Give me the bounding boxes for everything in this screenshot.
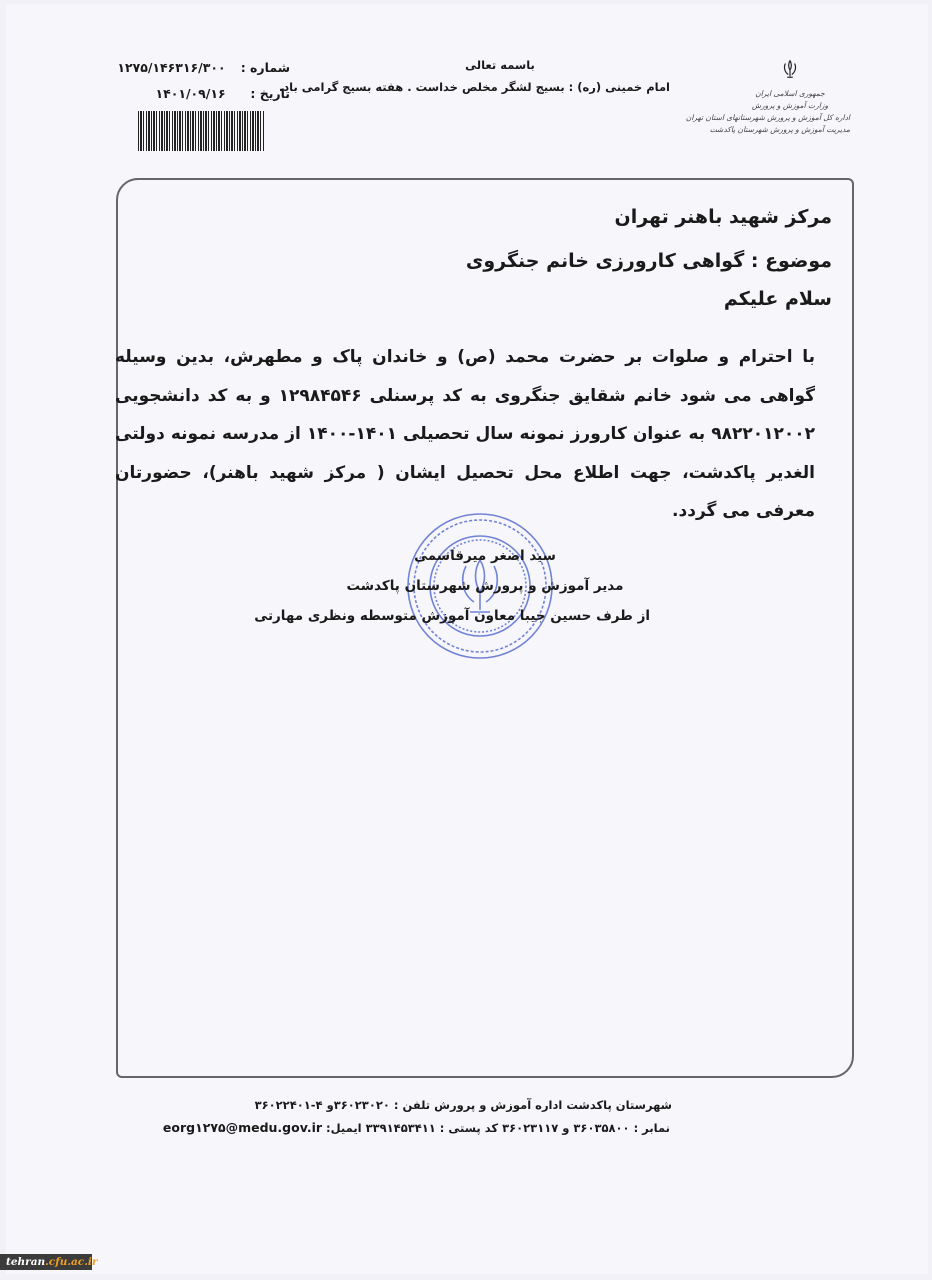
recipient: مرکز شهید باهنر تهران xyxy=(615,206,833,228)
date-label: تاریخ : xyxy=(244,86,290,101)
emblem-line-ministry: وزارت آموزش و پرورش xyxy=(730,100,850,112)
emblem-line-county: مدیریت آموزش و پرورش شهرستان پاکدشت xyxy=(730,124,850,136)
emblem-line-province: اداره کل آموزش و پرورش شهرستانهای استان … xyxy=(730,112,850,124)
ministry-header: جمهوری اسلامی ایران وزارت آموزش و پرورش … xyxy=(730,58,850,136)
letter-body: با احترام و صلوات بر حضرت محمد (ص) و خان… xyxy=(115,338,815,531)
subject: موضوع : گواهی کارورزی خانم جنگروی xyxy=(466,250,832,272)
footer-fax-postal: نمابر : ۳۶۰۳۵۸۰۰ و ۳۶۰۲۳۱۱۷ کد پستی : ۳۳… xyxy=(322,1121,670,1135)
barcode-icon xyxy=(138,111,264,151)
letter-date-row: تاریخ : ۱۴۰۱/۰۹/۱۶ xyxy=(118,86,290,101)
watermark-part2: .cfu.ac.ir xyxy=(45,1256,97,1268)
letter-number-row: شماره : ۱۲۷۵/۱۴۶۳۱۶/۳۰۰ xyxy=(118,60,290,75)
letter-number-label: شماره : xyxy=(244,60,290,75)
slogan: امام خمینی (ره) : بسیج لشگر مخلص خداست .… xyxy=(340,80,670,94)
letter-date: ۱۴۰۱/۰۹/۱۶ xyxy=(155,86,225,101)
signatory-delegate: از طرف حسین جیبا معاون آموزش متوسطه ونظر… xyxy=(290,608,650,624)
footer-fax-postal-email: نمابر : ۳۶۰۳۵۸۰۰ و ۳۶۰۲۳۱۱۷ کد پستی : ۳۳… xyxy=(163,1120,670,1135)
signatory-title: مدیر آموزش و پرورش شهرستان پاکدشت xyxy=(330,578,640,594)
invocation: باسمه تعالی xyxy=(400,58,600,72)
watermark-part1: tehran xyxy=(6,1256,45,1268)
footer-email: eorg۱۲۷۵@medu.gov.ir xyxy=(163,1120,322,1135)
footer-address-phone: شهرستان پاکدشت اداره آموزش و پرورش تلفن … xyxy=(255,1098,672,1112)
greeting: سلام علیکم xyxy=(724,288,832,310)
signatory-name: سید اصغر میرقاسمی xyxy=(380,548,590,564)
site-watermark: tehran.cfu.ac.ir xyxy=(0,1254,92,1270)
iran-emblem-icon xyxy=(779,58,801,80)
letter-number: ۱۲۷۵/۱۴۶۳۱۶/۳۰۰ xyxy=(117,60,225,75)
emblem-line-country: جمهوری اسلامی ایران xyxy=(730,88,850,100)
